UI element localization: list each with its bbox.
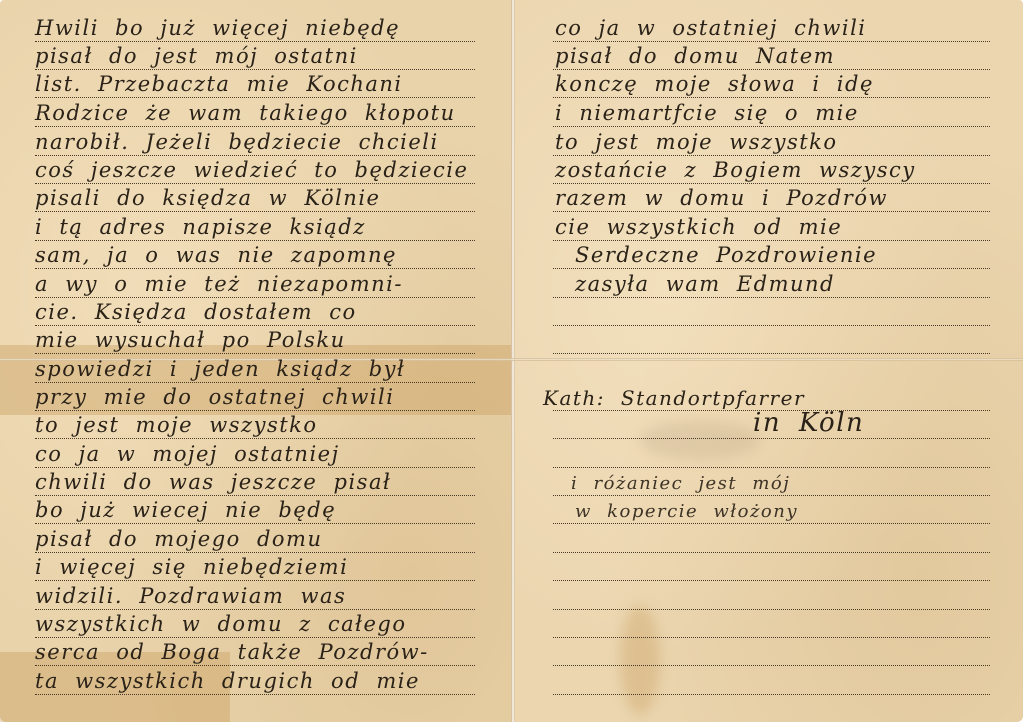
ruled-line: pisał do mojego domu [35, 552, 475, 553]
vertical-fold [511, 0, 515, 722]
handwritten-line: ta wszystkich drugich od mie [35, 671, 420, 692]
handwritten-line: konczę moje słowa i idę [555, 74, 874, 95]
handwritten-line: to jest moje wszystko [35, 415, 318, 436]
ruled-line [553, 694, 990, 695]
ruled-line: przy mie do ostatnej chwili [35, 410, 475, 411]
handwritten-line: to jest moje wszystko [555, 132, 838, 153]
handwritten-line: widzili. Pozdrawiam was [35, 586, 346, 607]
handwritten-line: cie wszystkich od mie [555, 217, 842, 238]
handwritten-line: pisali do księdza w Kölnie [35, 188, 380, 209]
ruled-line: Serdeczne Pozdrowienie [553, 268, 990, 269]
ruled-line: w kopercie włożony [553, 523, 990, 524]
handwritten-line: list. Przebaczta mie Kochani [35, 74, 403, 95]
ruled-line [553, 353, 990, 354]
handwritten-line: in Köln [753, 410, 864, 436]
handwritten-line: wszystkich w domu z całego [35, 614, 407, 635]
ruled-line [553, 665, 990, 666]
handwritten-line: a wy o mie też niezapomni- [35, 274, 403, 295]
handwritten-line: chwili do was jeszcze pisał [35, 472, 391, 493]
handwritten-line: i tą adres napisze ksiądz [35, 217, 366, 238]
ruled-line: sam, ja o was nie zapomnę [35, 268, 475, 269]
handwritten-line: co ja w ostatniej chwili [555, 18, 867, 39]
ruled-line: konczę moje słowa i idę [553, 97, 990, 98]
handwritten-line: bo już wiecej nie będę [35, 500, 336, 521]
ruled-line: i więcej się niebędziemi [35, 580, 475, 581]
handwritten-line: przy mie do ostatnej chwili [35, 387, 394, 408]
handwritten-line: co ja w mojej ostatniej [35, 444, 340, 465]
handwritten-line: pisał do mojego domu [35, 529, 322, 550]
ruled-line: to jest moje wszystko [553, 155, 990, 156]
ruled-line: Rodzice że wam takiego kłopotu [35, 126, 475, 127]
handwritten-line: zasyła wam Edmund [575, 274, 835, 295]
ruled-line: pisał do domu Natem [553, 69, 990, 70]
handwritten-line: Kath: Standortpfarrer [543, 388, 805, 408]
ruled-line: ta wszystkich drugich od mie [35, 694, 475, 695]
ruled-line: pisał do jest mój ostatni [35, 69, 475, 70]
handwritten-line: spowiedzi i jeden ksiądz był [35, 359, 405, 380]
ruled-line: pisali do księdza w Kölnie [35, 211, 475, 212]
ruled-line: a wy o mie też niezapomni- [35, 297, 475, 298]
ruled-line: bo już wiecej nie będę [35, 523, 475, 524]
ruled-line: i tą adres napisze ksiądz [35, 240, 475, 241]
ruled-line: Hwili bo już więcej niebędę [35, 41, 475, 42]
left-page-text: Hwili bo już więcej niebędę pisał do jes… [35, 0, 475, 722]
ruled-line: narobił. Jeżeli będziecie chcieli [35, 155, 475, 156]
handwritten-line: Rodzice że wam takiego kłopotu [35, 103, 456, 124]
ruled-line: co ja w ostatniej chwili [553, 41, 990, 42]
ruled-line: wszystkich w domu z całego [35, 637, 475, 638]
handwritten-line: cie. Księdza dostałem co [35, 302, 357, 323]
ruled-line: coś jeszcze wiedzieć to będziecie [35, 183, 475, 184]
ruled-line: cie. Księdza dostałem co [35, 325, 475, 326]
handwritten-line: razem w domu i Pozdrów [555, 188, 888, 209]
ruled-line: widzili. Pozdrawiam was [35, 609, 475, 610]
ruled-line: chwili do was jeszcze pisał [35, 495, 475, 496]
ruled-line: zostańcie z Bogiem wszyscy [553, 183, 990, 184]
handwritten-line: pisał do jest mój ostatni [35, 46, 358, 67]
handwritten-line: pisał do domu Natem [555, 46, 835, 67]
ruled-line: co ja w mojej ostatniej [35, 467, 475, 468]
right-page-text: co ja w ostatniej chwili pisał do domu N… [553, 0, 990, 722]
handwritten-line: mie wysuchał po Polsku [35, 330, 346, 351]
ruled-line [553, 552, 990, 553]
ruled-line: to jest moje wszystko [35, 438, 475, 439]
handwritten-line: coś jeszcze wiedzieć to będziecie [35, 160, 468, 181]
ruled-line [553, 580, 990, 581]
handwritten-line: i więcej się niebędziemi [35, 557, 348, 578]
handwritten-line: i niemartfcie się o mie [555, 103, 859, 124]
ruled-line: zasyła wam Edmund [553, 297, 990, 298]
handwritten-line: Serdeczne Pozdrowienie [575, 245, 877, 266]
ruled-line [553, 637, 990, 638]
ruled-line: spowiedzi i jeden ksiądz był [35, 382, 475, 383]
ruled-line: cie wszystkich od mie [553, 240, 990, 241]
ruled-line [553, 609, 990, 610]
ruled-line: i niemartfcie się o mie [553, 126, 990, 127]
handwritten-line: Hwili bo już więcej niebędę [35, 18, 400, 39]
ruled-line [553, 467, 990, 468]
ruled-line: list. Przebaczta mie Kochani [35, 97, 475, 98]
handwritten-line: sam, ja o was nie zapomnę [35, 245, 397, 266]
handwritten-line: zostańcie z Bogiem wszyscy [555, 160, 916, 181]
handwritten-line: i różaniec jest mój [571, 475, 790, 493]
handwritten-line: narobił. Jeżeli będziecie chcieli [35, 132, 439, 153]
ruled-line: razem w domu i Pozdrów [553, 211, 990, 212]
ruled-line: mie wysuchał po Polsku [35, 353, 475, 354]
ruled-line [553, 325, 990, 326]
ruled-line: serca od Boga także Pozdrów- [35, 665, 475, 666]
handwritten-line: serca od Boga także Pozdrów- [35, 642, 429, 663]
ruled-line: i różaniec jest mój [553, 495, 990, 496]
ruled-line: in Köln [553, 438, 990, 439]
handwritten-line: w kopercie włożony [575, 503, 798, 521]
